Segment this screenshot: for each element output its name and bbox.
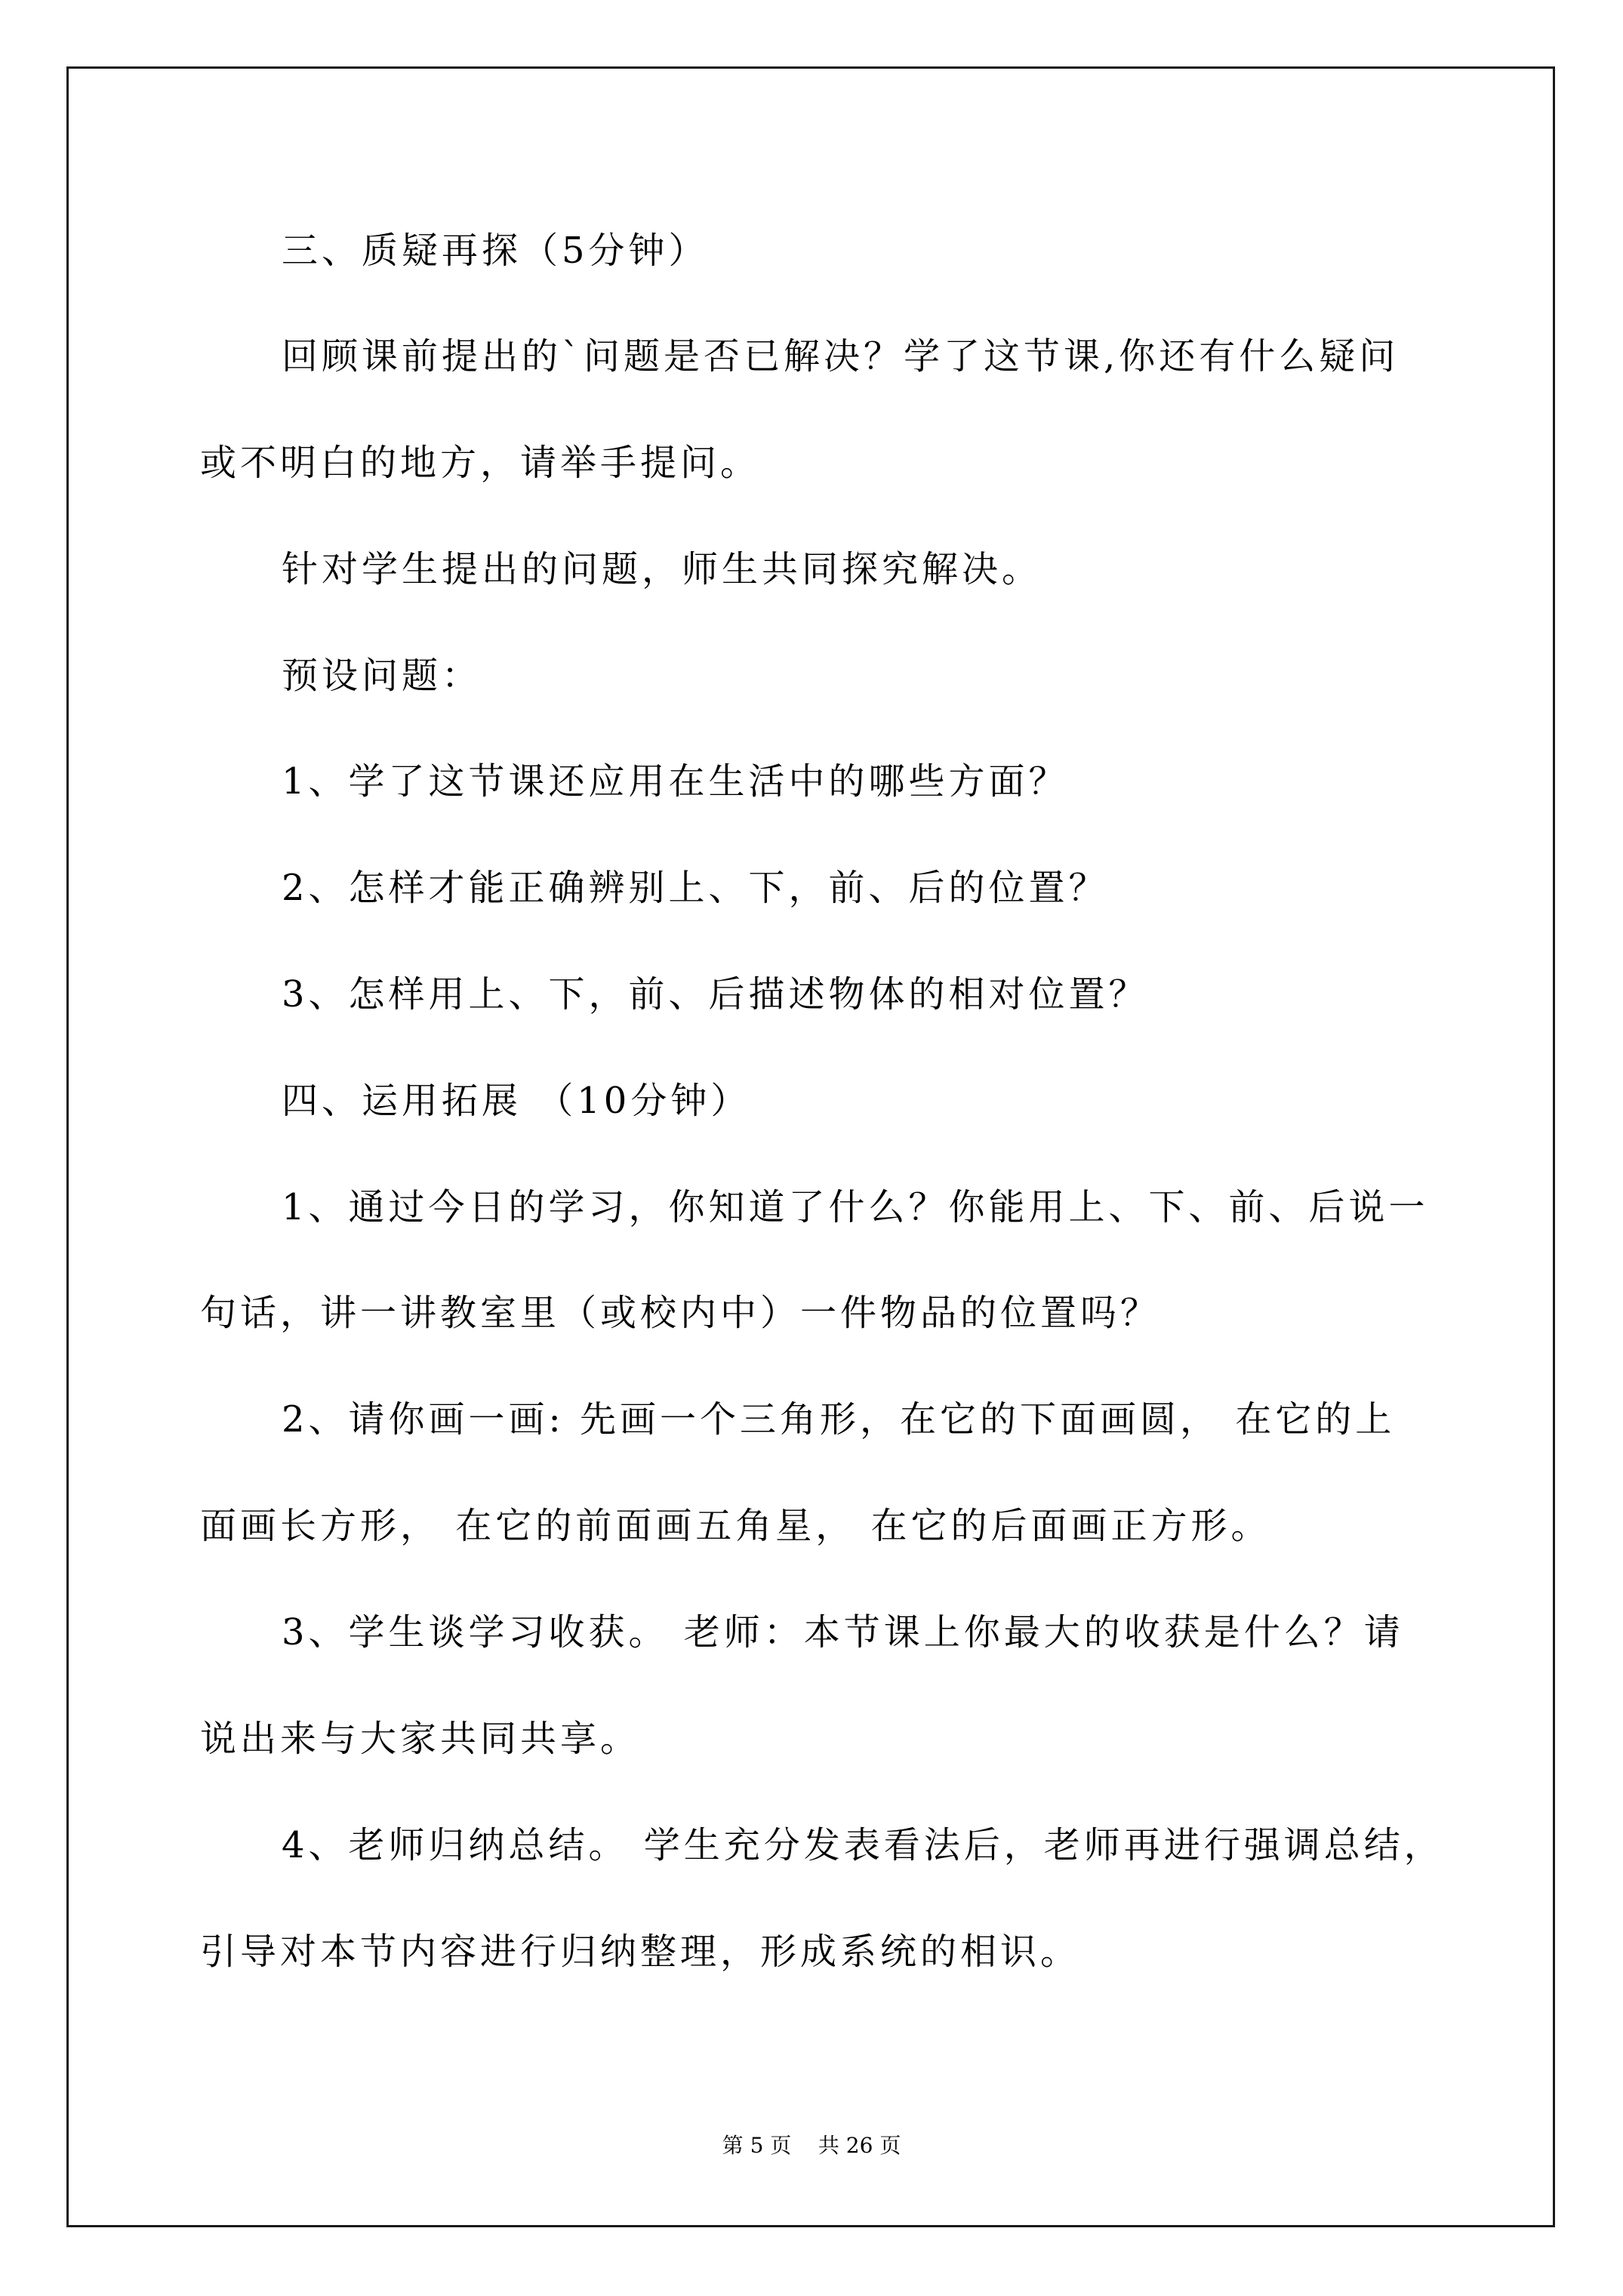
paragraph-line: 预设问题： — [282, 653, 482, 698]
list-item: 4、老师归纳总结。 学生充分发表看法后，老师再进行强调总结， — [282, 1823, 1444, 1868]
paragraph-line: 说出来与大家共同共享。 — [200, 1716, 640, 1761]
paragraph-line: 或不明白的地方，请举手提问。 — [200, 440, 760, 485]
list-item: 2、请你画一画: 先画一个三角形，在它的下面画圆， 在它的上 — [282, 1397, 1395, 1442]
list-item: 1、学了这节课还应用在生活中的哪些方面？ — [282, 759, 1069, 804]
page-border — [66, 66, 1555, 2227]
section-heading-3: 三、质疑再探（5分钟） — [282, 228, 709, 273]
paragraph-line: 回顾课前提出的`问题是否已解决？学了这节课,你还有什么疑问 — [282, 334, 1399, 379]
list-item: 3、学生谈学习收获。 老师：本节课上你最大的收获是什么？请 — [282, 1610, 1404, 1655]
list-item: 2、怎样才能正确辨别上、下，前、后的位置？ — [282, 865, 1109, 911]
page-number-footer: 第 5 页 共 26 页 — [0, 2131, 1623, 2161]
paragraph-line: 引导对本节内容进行归纳整理，形成系统的相识。 — [200, 1929, 1080, 1974]
paragraph-line: 面画长方形， 在它的前面画五角星， 在它的后面画正方形。 — [200, 1503, 1271, 1549]
list-item: 3、怎样用上、下，前、后描述物体的相对位置？ — [282, 972, 1149, 1017]
section-heading-4: 四、运用拓展 （10分钟） — [282, 1078, 750, 1123]
list-item: 1、通过今日的学习，你知道了什么？你能用上、下、前、后说一 — [282, 1185, 1429, 1230]
paragraph-line: 句话，讲一讲教室里（或校内中）一件物品的位置吗？ — [200, 1290, 1160, 1336]
paragraph-line: 针对学生提出的问题，师生共同探究解决。 — [282, 547, 1042, 592]
